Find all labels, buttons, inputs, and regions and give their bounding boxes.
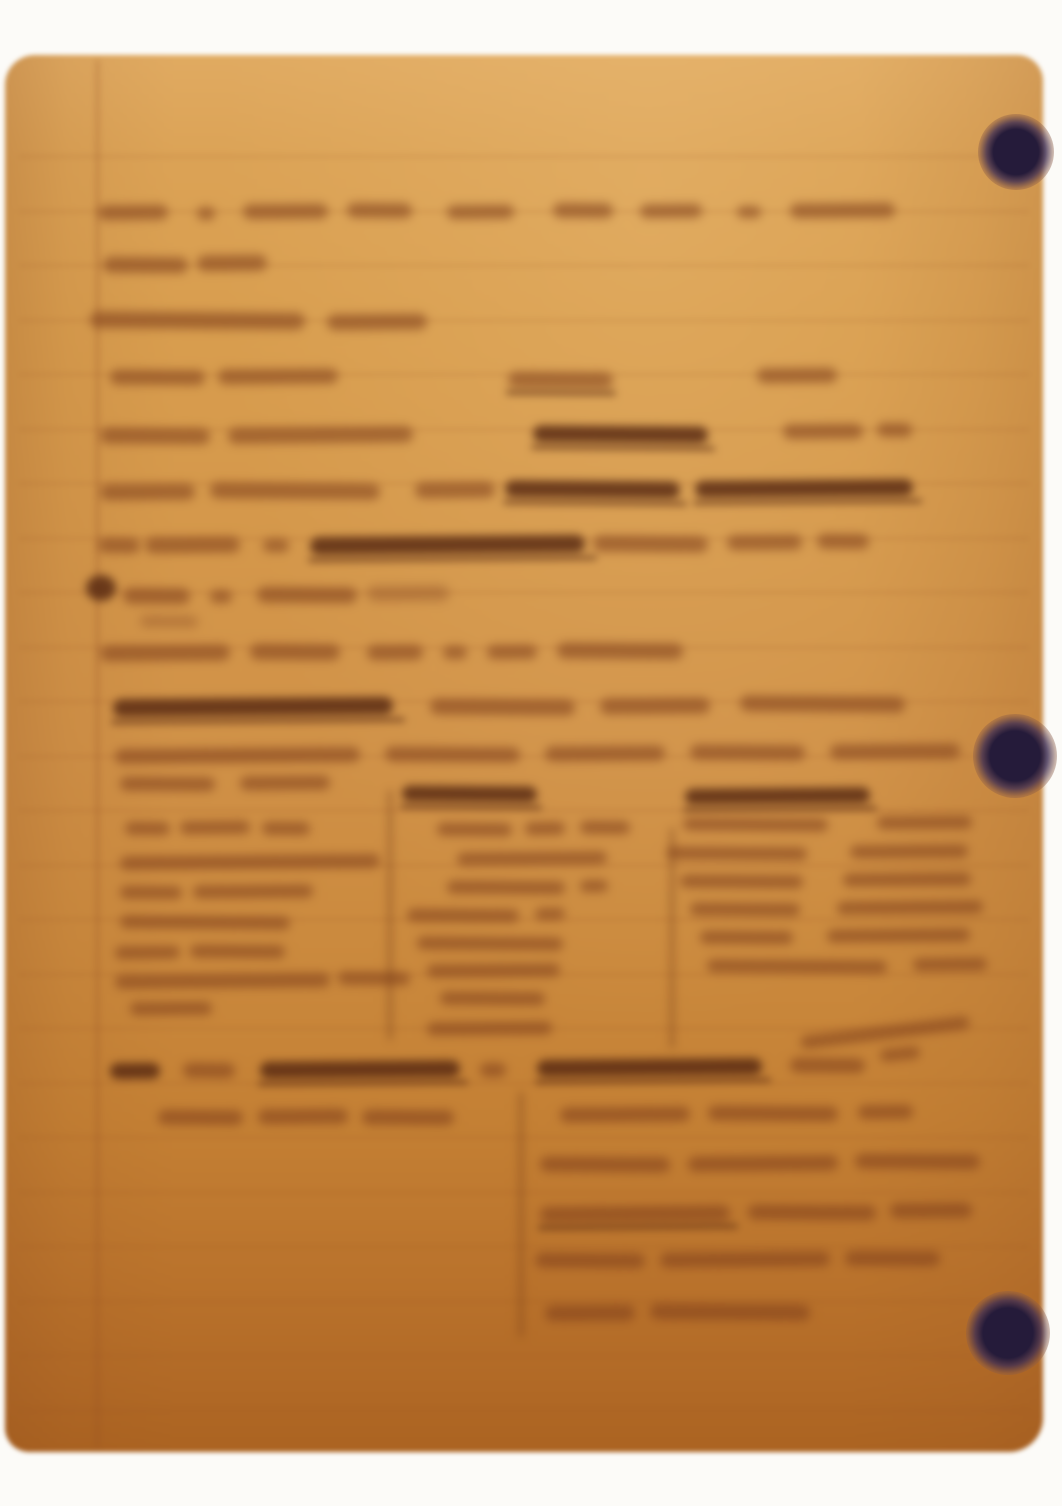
hole-punch	[973, 714, 1057, 798]
handwriting-stroke	[193, 884, 313, 898]
handwriting-stroke	[695, 479, 913, 498]
handwriting-stroke	[430, 698, 575, 715]
underline-stroke	[538, 1224, 738, 1230]
handwriting-stroke	[257, 587, 357, 604]
handwriting-stroke	[855, 1154, 980, 1170]
handwriting-stroke	[347, 203, 412, 219]
handwriting-stroke	[338, 972, 410, 986]
handwriting-stroke	[437, 823, 512, 837]
rule-line	[19, 155, 1029, 158]
handwriting-stroke	[650, 1303, 810, 1320]
handwriting-stroke	[707, 959, 887, 973]
rule-line	[19, 1409, 1029, 1412]
handwriting-stroke	[740, 695, 905, 712]
handwriting-stroke	[140, 616, 198, 627]
handwriting-stroke	[123, 588, 190, 605]
handwriting-stroke	[685, 787, 870, 805]
underline-stroke	[693, 499, 922, 505]
handwriting-stroke	[310, 535, 585, 555]
handwriting-stroke	[525, 822, 565, 835]
rule-line	[19, 1191, 1029, 1194]
handwriting-stroke	[183, 1063, 235, 1078]
hole-punch	[978, 114, 1054, 190]
handwriting-stroke	[700, 931, 793, 945]
handwriting-stroke	[850, 844, 968, 858]
handwriting-stroke	[362, 1110, 454, 1126]
handwriting-stroke	[545, 745, 665, 761]
handwriting-stroke	[115, 946, 180, 960]
handwriting-stroke	[367, 586, 449, 602]
rule-line	[19, 1300, 1029, 1303]
handwriting-stroke	[228, 426, 413, 444]
handwriting-stroke	[790, 1058, 865, 1074]
handwriting-stroke	[748, 1204, 876, 1220]
handwriting-stroke	[130, 1002, 212, 1016]
table-divider-line	[388, 790, 392, 1040]
handwriting-stroke	[427, 963, 560, 977]
handwriting-stroke	[210, 482, 380, 499]
handwriting-stroke	[115, 747, 360, 764]
handwriting-stroke	[145, 537, 240, 554]
handwriting-stroke	[680, 875, 803, 889]
handwriting-stroke	[508, 372, 613, 389]
handwriting-stroke	[877, 816, 972, 830]
handwriting-stroke	[487, 645, 537, 659]
handwriting-stroke	[120, 886, 182, 899]
handwriting-stroke	[540, 1205, 730, 1223]
handwriting-stroke	[367, 645, 423, 660]
handwriting-stroke	[890, 1203, 972, 1219]
handwriting-stroke	[540, 1156, 670, 1172]
handwriting-stroke	[113, 697, 393, 717]
handwriting-stroke	[98, 538, 140, 553]
handwriting-stroke	[120, 777, 215, 792]
handwriting-stroke	[783, 424, 863, 440]
handwriting-stroke	[667, 846, 807, 860]
rule-line	[19, 1354, 1029, 1357]
handwriting-stroke	[120, 915, 290, 929]
rule-line	[19, 1136, 1029, 1139]
handwriting-stroke	[100, 484, 195, 501]
handwriting-stroke	[535, 1253, 645, 1269]
handwriting-stroke	[843, 872, 971, 886]
notebook-page	[5, 55, 1043, 1452]
handwriting-stroke	[690, 745, 805, 761]
handwriting-stroke	[90, 311, 305, 330]
handwriting-stroke	[415, 482, 495, 499]
handwriting-stroke	[660, 1251, 830, 1267]
handwriting-stroke	[240, 776, 330, 791]
handwriting-stroke	[800, 1016, 970, 1050]
handwriting-stroke	[600, 698, 710, 715]
handwriting-stroke	[688, 1155, 838, 1171]
handwriting-stroke	[190, 945, 285, 959]
table-divider-line	[670, 828, 674, 1048]
handwriting-stroke	[553, 203, 613, 218]
handwriting-stroke	[757, 368, 837, 384]
handwriting-stroke	[640, 204, 702, 219]
rule-line	[19, 809, 1029, 812]
scribble-blob	[86, 575, 116, 601]
handwriting-stroke	[120, 854, 380, 870]
handwriting-stroke	[262, 822, 310, 835]
handwriting-stroke	[210, 590, 232, 603]
underline-stroke	[308, 556, 597, 563]
handwriting-stroke	[845, 1251, 940, 1267]
handwriting-stroke	[427, 1021, 552, 1035]
handwriting-stroke	[115, 973, 330, 989]
handwriting-stroke	[537, 1058, 762, 1077]
handwriting-stroke	[260, 1060, 460, 1079]
handwriting-stroke	[218, 368, 338, 384]
handwriting-stroke	[480, 1063, 506, 1077]
handwriting-stroke	[879, 1046, 920, 1062]
handwriting-stroke	[100, 428, 210, 445]
handwriting-stroke	[683, 817, 828, 831]
handwriting-stroke	[98, 205, 168, 221]
handwriting-stroke	[837, 900, 983, 914]
handwriting-stroke	[817, 534, 869, 549]
handwriting-stroke	[125, 822, 170, 835]
handwriting-stroke	[545, 1305, 635, 1322]
handwriting-stroke	[263, 539, 289, 552]
handwriting-stroke	[407, 909, 519, 923]
handwriting-stroke	[110, 1063, 160, 1079]
handwriting-stroke	[197, 207, 215, 220]
handwriting-stroke	[158, 1110, 243, 1126]
handwriting-stroke	[250, 644, 340, 661]
handwriting-stroke	[877, 423, 912, 437]
hole-punch	[966, 1291, 1050, 1375]
handwriting-stroke	[100, 644, 230, 661]
handwriting-stroke	[737, 206, 761, 218]
handwriting-stroke	[727, 535, 802, 551]
handwriting-stroke	[560, 1106, 690, 1122]
handwriting-stroke	[580, 821, 630, 834]
margin-line	[96, 60, 99, 1448]
handwriting-stroke	[417, 936, 563, 950]
handwriting-stroke	[533, 425, 708, 443]
handwriting-stroke	[180, 821, 250, 835]
rule-line	[19, 1245, 1029, 1248]
handwriting-stroke	[830, 743, 960, 759]
underline-stroke	[258, 1080, 468, 1086]
handwriting-stroke	[913, 958, 987, 972]
handwriting-stroke	[557, 643, 683, 660]
handwriting-stroke	[402, 785, 537, 802]
handwriting-stroke	[535, 908, 565, 920]
handwriting-stroke	[327, 314, 427, 331]
rule-line	[19, 1082, 1029, 1085]
handwriting-stroke	[708, 1105, 838, 1121]
underline-stroke	[506, 391, 616, 396]
handwriting-stroke	[593, 536, 708, 553]
handwriting-stroke	[103, 257, 188, 274]
underline-stroke	[531, 445, 715, 450]
handwriting-stroke	[447, 205, 514, 220]
handwriting-stroke	[580, 880, 608, 892]
handwriting-stroke	[385, 746, 520, 762]
underline-stroke	[111, 718, 405, 725]
handwriting-stroke	[110, 370, 205, 386]
handwriting-stroke	[790, 203, 895, 219]
underline-stroke	[503, 500, 687, 505]
handwriting-stroke	[443, 646, 467, 659]
handwriting-stroke	[690, 903, 800, 917]
handwriting-stroke	[505, 480, 680, 498]
photo-background	[0, 0, 1062, 1506]
handwriting-stroke	[457, 851, 607, 865]
handwriting-stroke	[243, 204, 328, 220]
handwriting-stroke	[447, 881, 565, 895]
handwriting-stroke	[440, 992, 545, 1006]
handwriting-stroke	[197, 255, 267, 272]
table-divider-line	[519, 1092, 523, 1337]
handwriting-stroke	[258, 1109, 348, 1125]
handwriting-stroke	[827, 928, 970, 942]
handwriting-stroke	[858, 1105, 913, 1119]
